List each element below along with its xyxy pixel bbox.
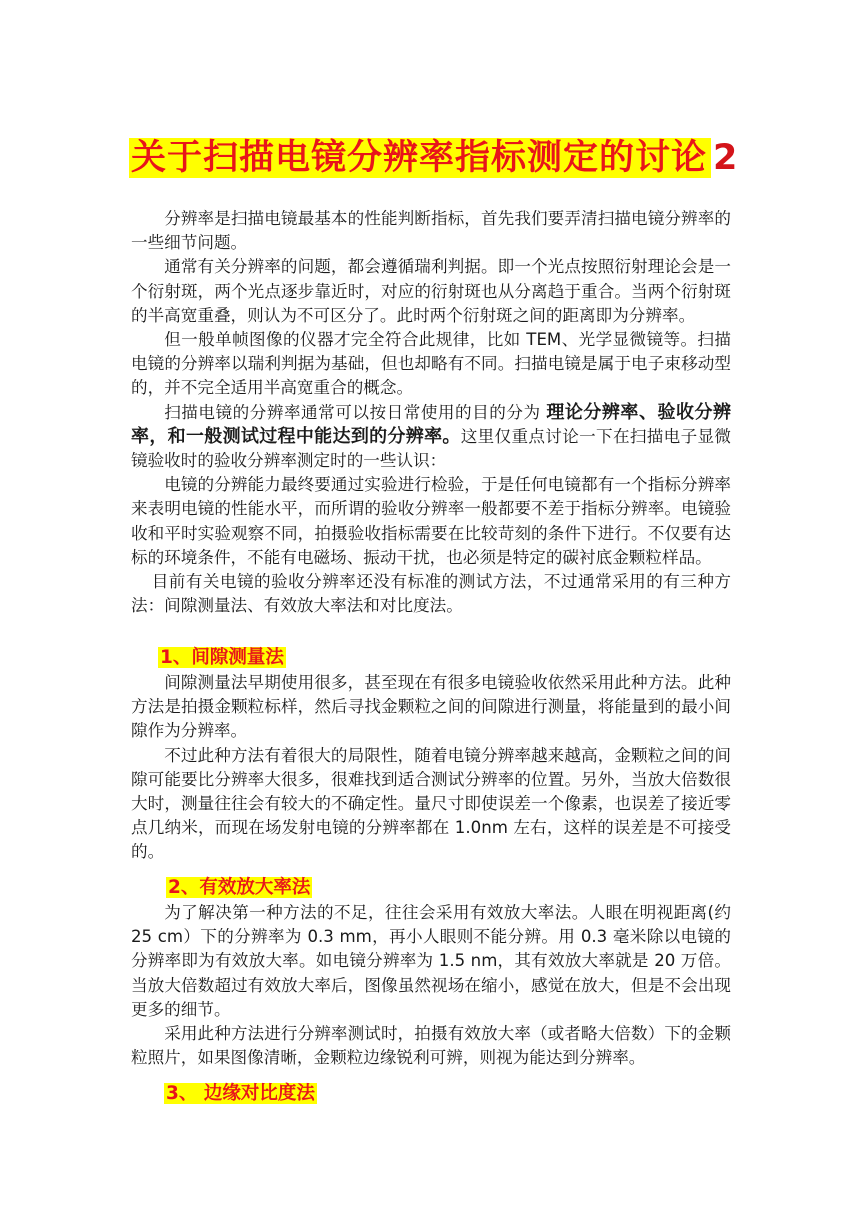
classification-before: 扫描电镜的分辨率通常可以按日常使用的目的分为 [164,403,546,422]
paragraph-acceptance-1: 电镜的分辨能力最终要通过实验进行检验，于是任何电镜都有一个指标分辨率来表明电镜的… [131,473,731,570]
title-suffix: 2 [713,138,738,178]
paragraph-classification: 扫描电镜的分辨率通常可以按日常使用的目的分为 理论分辨率、验收分辨率，和一般测试… [131,401,731,474]
intro-section: 分辨率是扫描电镜最基本的性能判断指标，首先我们要弄清扫描电镜分辨率的一些细节问题… [131,207,731,618]
document-title: 关于扫描电镜分辨率指标测定的讨论2 [129,136,738,180]
section-heading-3: 3、 边缘对比度法 [164,1082,317,1106]
section-heading-1: 1、间隙测量法 [158,646,286,670]
section-2-body: 为了解决第一种方法的不足，往往会采用有效放大率法。人眼在明视距离(约 25 cm… [131,901,731,1070]
paragraph-acceptance-2: 目前有关电镜的验收分辨率还没有标准的测试方法，不过通常采用的有三种方法：间隙测量… [131,570,731,618]
section-1-paragraph-2: 不过此种方法有着很大的局限性，随着电镜分辨率越来越高，金颗粒之间的间隙可能要比分… [131,744,731,865]
section-heading-2: 2、有效放大率法 [166,876,312,900]
section-2-paragraph-1: 为了解决第一种方法的不足，往往会采用有效放大率法。人眼在明视距离(约 25 cm… [131,901,731,1022]
paragraph-intro-1: 分辨率是扫描电镜最基本的性能判断指标，首先我们要弄清扫描电镜分辨率的一些细节问题… [131,207,731,255]
document-page: 关于扫描电镜分辨率指标测定的讨论2 分辨率是扫描电镜最基本的性能判断指标，首先我… [0,0,860,1216]
section-1-body: 间隙测量法早期使用很多，甚至现在有很多电镜验收依然采用此种方法。此种方法是拍摄金… [131,671,731,865]
section-2-paragraph-2: 采用此种方法进行分辨率测试时，拍摄有效放大率（或者略大倍数）下的金颗粒照片，如果… [131,1022,731,1070]
paragraph-intro-2: 通常有关分辨率的问题，都会遵循瑞利判据。即一个光点按照衍射理论会是一个衍射斑，两… [131,255,731,328]
paragraph-intro-3: 但一般单帧图像的仪器才完全符合此规律，比如 TEM、光学显微镜等。扫描电镜的分辨… [131,328,731,401]
title-main: 关于扫描电镜分辨率指标测定的讨论 [129,138,711,178]
section-1-paragraph-1: 间隙测量法早期使用很多，甚至现在有很多电镜验收依然采用此种方法。此种方法是拍摄金… [131,671,731,744]
